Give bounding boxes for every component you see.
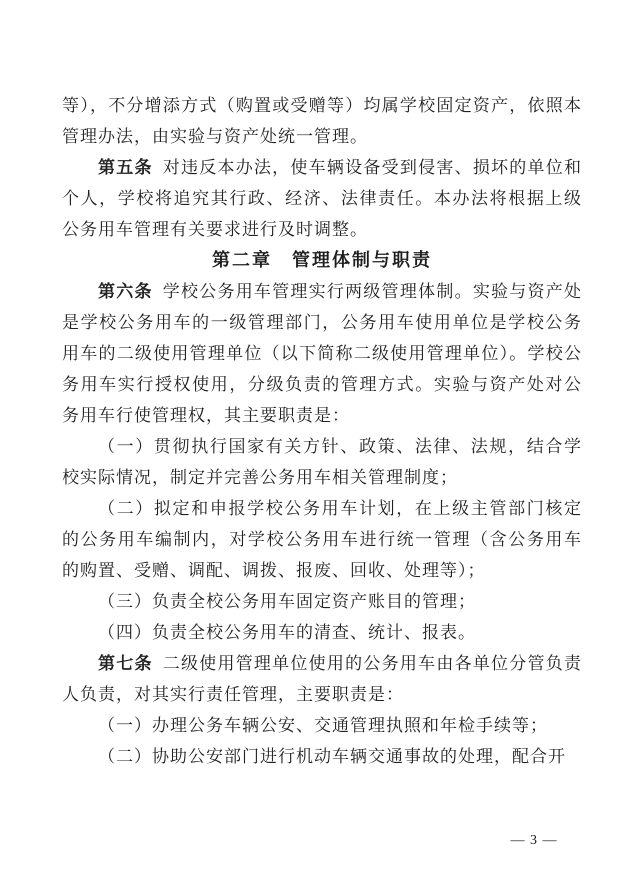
article-5-term: 第五条 [98,158,153,177]
article-6-item-4: （四）负责全校公务用车的清查、统计、报表。 [62,617,582,648]
article-6-term: 第六条 [98,282,153,301]
article-6-item-2: （二）拟定和申报学校公务用车计划，在上级主管部门核定的公务用车编制内，对学校公务… [62,493,582,586]
continued-paragraph: 等），不分增添方式（购置或受赠等）均属学校固定资产，依照本管理办法，由实验与资产… [62,90,582,152]
article-6-text: 学校公务用车管理实行两级管理体制。实验与资产处是学校公务用车的一级管理部门，公务… [62,282,582,425]
document-body: 等），不分增添方式（购置或受赠等）均属学校固定资产，依照本管理办法，由实验与资产… [62,90,582,772]
article-6-item-3: （三）负责全校公务用车固定资产账目的管理； [62,586,582,617]
article-7: 第七条二级使用管理单位使用的公务用车由各单位分管负责人负责，对其实行责任管理，主… [62,648,582,710]
article-6-item-1: （一）贯彻执行国家有关方针、政策、法律、法规，结合学校实际情况，制定并完善公务用… [62,431,582,493]
article-6: 第六条学校公务用车管理实行两级管理体制。实验与资产处是学校公务用车的一级管理部门… [62,276,582,431]
article-7-item-2: （二）协助公安部门进行机动车辆交通事故的处理，配合开 [62,741,582,772]
page-number: — 3 — [496,833,572,849]
document-page: 等），不分增添方式（购置或受赠等）均属学校固定资产，依照本管理办法，由实验与资产… [0,0,644,889]
article-7-term: 第七条 [98,654,153,673]
article-7-item-1: （一）办理公务车辆公安、交通管理执照和年检手续等； [62,710,582,741]
article-5: 第五条对违反本办法，使车辆设备受到侵害、损坏的单位和个人，学校将追究其行政、经济… [62,152,582,245]
chapter-2-heading: 第二章 管理体制与职责 [62,245,582,276]
